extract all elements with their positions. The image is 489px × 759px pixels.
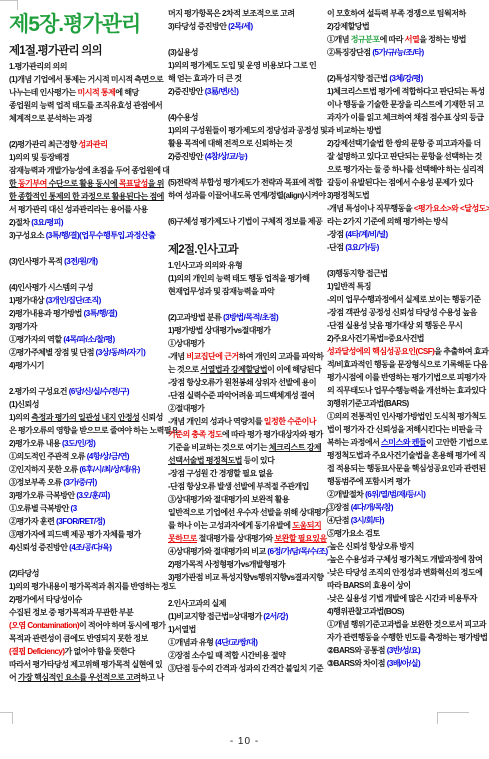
text-segment: 제2절.인사고과 (168, 244, 238, 256)
text-segment: (4참/상/교/능) (205, 152, 247, 161)
text-line: 어 가장 핵심적인 요소를 우선적으로 고려하고 나 (9, 671, 164, 684)
text-segment: 행동범주에 포함시켜 평가 (327, 477, 410, 486)
text-segment: 잘 설명하고 있다고 판단되는 문항을 선택하는 것 (327, 152, 482, 161)
text-line: ②BARS와 공통점 (3반/성/요) (327, 644, 485, 657)
text-segment: (3시/회/타) (351, 516, 384, 525)
section-heading: 제1절.평가관리 의의 (9, 42, 164, 60)
text-line: 를 하나 이는 고성과자에게 동기유발에 도움되지 (168, 519, 323, 532)
text-line (327, 254, 485, 267)
text-line: ③단점 등수의 간격과 성과의 간격간 불일치 기준 (168, 662, 323, 675)
text-segment: (3특/행/결) (84, 309, 117, 318)
text-segment: -의미 업무수행과정에서 실제로 보이는 행동기준 (327, 295, 481, 304)
text-segment: (2)특성지향 접근법 (327, 74, 389, 83)
text-segment: (3체/강/평) (389, 74, 422, 83)
text-segment: 3)행위기준고과법(BARS) (327, 399, 409, 408)
text-line: -낮은 실용성 기법 개발에 많은 시간과 비용투자 (327, 592, 485, 605)
text-segment: (3개인/집단/조직) (46, 296, 101, 305)
text-segment: (1)비교지향 접근법=상대평가 (168, 612, 263, 621)
text-segment: (6후/시/최/상/대/유) (80, 465, 140, 474)
text-segment: 법이 평가자 간 신뢰성을 저해시킨다는 비판을 극 (327, 425, 482, 434)
text-segment: 1)의의 평가제도 도입 및 운영 비용보다 그로 인 (168, 61, 316, 70)
text-segment: 에 따라 (380, 35, 405, 44)
text-segment: (2)타당성 (9, 569, 39, 578)
text-segment: 어 (9, 673, 18, 682)
text-line: 3)행위기준고과법(BARS) (327, 397, 485, 410)
text-line: ③BARS와 차이점 (3배/아/실) (327, 657, 485, 670)
text-line: ③장점 (4다/개/목/참) (327, 501, 485, 514)
text-segment: -단점 항상오류 발생 선발에 부적절 주관개입 (168, 482, 309, 491)
text-line (168, 33, 323, 46)
text-segment: (3전/원/개) (64, 257, 97, 266)
text-line: ①개념 정규분포에 따라 서열을 정하는 방법 (327, 33, 485, 46)
text-segment: -장점 항상오류가 원천봉쇄 상위자 선발에 용이 (168, 378, 316, 387)
text-segment: 3)평가자 (9, 322, 37, 331)
text-line: 적/비효과적인 행동을 문장형식으로 기록해둔 다음 (327, 358, 485, 371)
text-segment: 1)평가방법 상대평가vs절대평가 (168, 326, 270, 335)
text-segment: ③단점 등수의 간격과 성과의 간격간 불일치 기준 (168, 664, 323, 673)
text-line: 2)평가목적 사정형평가vs개발형평가 (168, 558, 323, 571)
text-line: 활용 목적에 대해 전적으로 신뢰하는 것 (168, 137, 323, 150)
text-segment: 이 고안한 기법으로 (426, 438, 487, 447)
text-line: 체계적으로 분석하는 과정 (9, 112, 164, 125)
text-line: 과자가 이를 읽고 체크하여 채점 점수표 상의 등급 (327, 111, 485, 124)
text-segment: -높은 신뢰성 항상오류 방지 (327, 542, 414, 551)
text-line: 행동범주에 포함시켜 평가 (327, 475, 485, 488)
text-line: (6)구체성 평가제도나 기법이 구체적 정보를 제공 (168, 215, 323, 228)
text-line: (1)신뢰성 (9, 398, 164, 411)
text-segment: 라는 2가지 기준에 의해 평가하는 방식 (327, 217, 448, 226)
text-line: 기준의 충족 정도에 따라 평가 평가대상자와 평가 (168, 428, 323, 441)
text-line: 법이 평가자 간 신뢰성을 저해시킨다는 비판을 극 (327, 423, 485, 436)
text-segment: ②개발절차 (327, 490, 365, 499)
text-line: 기준을 비교하는 것으로 여기는 체크리스트 강제 (168, 441, 323, 454)
text-segment: (1)신뢰성 (9, 400, 39, 409)
text-segment: 2)평가내용과 평가방법 (9, 309, 84, 318)
text-segment: 정규분포 (351, 35, 380, 44)
text-segment: (5가/규/능/조/타) (372, 48, 423, 57)
text-line: -개념 개인의 성과나 역량치를 일정한 수준이나 (168, 415, 323, 428)
text-segment: -단점 실력수준 파악어려움 피드백체계성 결여 (168, 391, 314, 400)
text-line: 평가시점에 이를 반영하는 평가기법으로 피평가자 (327, 371, 485, 384)
text-line: ②장점 소수일 때 적합 시간비용 절약 (168, 649, 323, 662)
text-line: (2)고과방법 분류 (3방법/목적/초점) (168, 311, 323, 324)
text-line: 따라 BARS의 효용이 상이 (327, 579, 485, 592)
text-segment: 1)체크리스트법 평가에 적합하다고 판단되는 특성 (327, 87, 485, 96)
text-line: 종업원의 능력 업적 태도를 조직유효성 관점에서 (9, 99, 164, 112)
text-line: -단점 실용성 낮음 평가대상 외 행동은 무시 (327, 319, 485, 332)
text-segment: 평정척도법과 주요사건기술법을 혼용해 평가에 직 (327, 451, 486, 460)
text-segment: 종업원의 능력 업적 태도를 조직유효성 관점에서 (9, 101, 162, 110)
text-line: (5)전략적 부합성 평가제도가 전략과 목표에 적합 (168, 176, 323, 189)
text-line: (2)타당성 (9, 567, 164, 580)
text-segment: 나누는데 인사평가는 (9, 88, 78, 97)
text-line: 과 비교하는 방법 (327, 124, 485, 137)
text-line: ①의의 전통적인 인사평가방법인 도식척 평가척도 (327, 410, 485, 423)
text-segment: (3특/행/결)(업무수행투입.과정산출 (46, 231, 156, 240)
text-line: 한 종합적인 통제의 한 과정으로 활용된다는 점에 (9, 190, 164, 203)
text-line: (1)비교지향 접근법=상대평가 (2서/강) (168, 610, 323, 623)
text-line: 3)타당성 증진방안 (2목/세) (168, 20, 323, 33)
text-line (168, 298, 323, 311)
text-segment: 보완할 필요있음 (274, 534, 326, 543)
text-line: ①개념과 유형 (4단/교/쌍/대) (168, 636, 323, 649)
text-line: -장점 객관성 공정성 신뢰성 타당성 수용성 높음 (327, 306, 485, 319)
frame-corner-mark (0, 712, 13, 724)
text-segment: ④상대평가와 절대평가의 비교 (168, 547, 267, 556)
text-segment: 의 직무태도나 업무수행능력을 개선하는 효과있다 (327, 386, 486, 395)
text-line: 2.평가의 구성요건 (6당/신/실/수/전/구) (9, 385, 164, 398)
text-line (168, 202, 323, 215)
text-segment: (3상/동/하/자기) (96, 348, 146, 357)
section-heading: 제2절.인사고과 (168, 241, 323, 259)
text-line: 접 적용되는 행동묘사문을 핵심성공요인과 관련된 (327, 462, 485, 475)
text-line: (4)인사평가 시스템의 구성 (9, 281, 164, 294)
text-segment: 2.인사고과의 실제 (168, 599, 226, 608)
text-segment: 과자가 이를 읽고 체크하여 채점 점수표 상의 등급 (327, 113, 484, 122)
text-segment: (3)인사평가 목적 (9, 257, 64, 266)
text-line: 자가 관련행동을 수행한 빈도를 측정하는 평가방법 (327, 631, 485, 644)
text-line: 2)평가에서 타당성이슈 (9, 593, 164, 606)
text-line: 4)행위관찰고과법(BOS) (327, 605, 485, 618)
text-segment: (4타/계/비/널) (345, 230, 387, 239)
text-line (9, 372, 164, 385)
text-segment: (2서/강) (263, 612, 287, 621)
text-segment: (4)인사평가 시스템의 구성 (9, 283, 93, 292)
text-segment: (4)수용성 (168, 113, 198, 122)
text-line: ①개념 행위기준고과법을 보완한 것으로서 피고과 (327, 618, 485, 631)
text-line: (3)실용성 (168, 46, 323, 59)
text-line: (오염 Contamination)이 적어야 하며 동시에 평가 (9, 619, 164, 632)
text-segment: -장점 객관성 공정성 신뢰성 타당성 수용성 높음 (327, 308, 477, 317)
text-line: ①오류별 극복방안 (3 (9, 502, 164, 515)
text-line: 3)평가관점 비교 특성지향vs행위지향vs결과지향 (168, 571, 323, 584)
text-line: 라는 2가지 기준에 의해 평가하는 방식 (327, 215, 485, 228)
text-segment: (4조/공/다/육) (69, 543, 111, 552)
text-segment: 자가 관련행동을 수행한 빈도를 측정하는 평가방법 (327, 633, 487, 642)
text-segment: ②절대평가 (168, 404, 204, 413)
text-segment: 수집된 정보 중 평가목적과 무관한 부분 (9, 608, 133, 617)
text-line: ④상대평가와 절대평가의 비교 (6정/가/담/목/수/조) (168, 545, 323, 558)
text-segment: 과 비교하는 방법 (327, 126, 381, 135)
text-segment: 접 적용되는 행동묘사문을 핵심성공요인과 관련된 (327, 464, 486, 473)
text-segment: 성과관리 (79, 140, 108, 149)
text-segment: ①오류별 극복방안 (9, 504, 71, 513)
text-line: -의미 업무수행과정에서 실제로 보이는 행동기준 (327, 293, 485, 306)
text-segment: 이 적어야 하며 동시에 평가 (79, 621, 165, 630)
text-line: ②절대평가 (168, 402, 323, 415)
text-segment: 일정한 수준이나 (264, 417, 316, 426)
text-segment: (1)개념 기업에서 통제는 거시적 미시적 측면으로 (9, 75, 163, 84)
text-line: 따라서 평가타당성 제고위해 평가목적 실현에 있 (9, 658, 164, 671)
text-line: 한 동기부여 수단으로 활용 동시에 목표달성을 위 (9, 177, 164, 190)
text-segment: ⑤평가요소 검토 (327, 529, 380, 538)
text-segment: 2)평가오류 내용 (9, 439, 62, 448)
text-segment: 에 따라 평가 평가대상자와 평가 (222, 430, 323, 439)
text-segment: ③상대평가와 절대평가의 보완적 활용 (168, 495, 289, 504)
text-segment: 4)신뢰성 증진방안 (9, 543, 69, 552)
text-segment: ③장점 (327, 503, 351, 512)
text-segment: 은 평가오류의 영향을 받으므로 줄여야 하는 노력필요 (9, 426, 178, 435)
text-segment: 3)평정척도법 (327, 191, 369, 200)
text-segment: 머지 평가항목은 2차적 보조적으로 고려 (168, 9, 295, 18)
text-line: -장점 항상오류가 원천봉쇄 상위자 선발에 용이 (168, 376, 323, 389)
text-segment: 이나 행동을 기술한 문장을 리스트에 기재한 뒤 고 (327, 100, 484, 109)
text-segment: ②인지하지 못한 오류 (9, 465, 80, 474)
text-line: 이나 행동을 기술한 문장을 리스트에 기재한 뒤 고 (327, 98, 485, 111)
text-line: 는 것으로 서열법과 강제할당법이 이에 해당된다 (168, 363, 323, 376)
text-segment: 목표달성 (119, 179, 148, 188)
text-segment: 활용 목적에 대해 전적으로 신뢰하는 것 (168, 139, 292, 148)
text-segment: ③BARS와 차이점 (327, 659, 387, 668)
text-segment: 서열법과 강제할당법 (200, 365, 267, 374)
text-segment: ②특징장단점 (327, 48, 372, 57)
text-line: 2)평가내용과 평가방법 (3특/행/결) (9, 307, 164, 320)
text-segment: 4)평가시기 (9, 361, 44, 370)
text-line: 1)의의 측정과 평가의 일관성 내지 안정성 신뢰성 (9, 411, 164, 424)
text-segment: 을 정하는 방법 (419, 35, 466, 44)
text-line: ②인지하지 못한 오류 (6후/시/최/상/대/유) (9, 463, 164, 476)
text-line: 1)의의 구성원들이 평가제도의 정당성과 공정성 및 (168, 124, 323, 137)
text-segment: (3요/가/등) (345, 243, 378, 252)
text-line: 1)체크리스트법 평가에 적합하다고 판단되는 특성 (327, 85, 485, 98)
text-line: ②특징장단점 (5가/규/능/조/타) (327, 46, 485, 59)
text-segment: 에 해당 (115, 88, 138, 97)
text-line: 1)의의 및 등장배경 (9, 151, 164, 164)
text-segment: (3)행동지향 접근법 (327, 269, 388, 278)
text-line: -높은 수용성과 구체성 평가척도 개발과정에 참여 (327, 553, 485, 566)
text-line: -단점 실력수준 파악어려움 피드백체계성 결여 (168, 389, 323, 402)
text-line: 선택서술법 평정척도법 등이 있다 (168, 454, 323, 467)
text-segment: (3배/아/실) (387, 659, 420, 668)
text-line (168, 228, 323, 241)
text-segment: 목적과 관련성이 큼에도 반영되지 못한 정보 (9, 634, 148, 643)
text-segment: 동기부여 (18, 179, 47, 188)
text-line: 못하므로 절대평가를 상대평가와 보완할 필요있음 (168, 532, 323, 545)
text-line: 수집된 정보 중 평가목적과 무관한 부분 (9, 606, 164, 619)
text-segment: 서열 (405, 35, 419, 44)
text-segment: (3요/평피) (31, 218, 63, 227)
text-segment: 한 종합적인 통제의 한 과정으로 활용된다는 점에 (9, 192, 164, 201)
text-segment: 2)주요사건기록법=중요사건법 (327, 334, 424, 343)
text-segment: (3 (71, 504, 77, 513)
text-line: 머지 평가항목은 2차적 보조적으로 고려 (168, 7, 323, 20)
text-segment: (오염 Contamination) (9, 621, 79, 630)
text-segment: -단점 실용성 낮음 평가대상 외 행동은 무시 (327, 321, 462, 330)
text-segment: ②장점 소수일 때 적합 시간비용 절약 (168, 651, 285, 660)
text-segment: 가 없어야 함을 뜻한다 (65, 647, 135, 656)
text-segment: 신뢰성 (139, 413, 162, 422)
text-segment: 수단으로 활용 동시에 (47, 179, 119, 188)
text-line: 3)평가오류 극복방안 (3오/훈/피) (9, 489, 164, 502)
text-segment: (결핍 Deficiency) (9, 647, 65, 656)
text-segment: 1)의의 (9, 413, 31, 422)
text-segment: 성과달성에의 핵심성공요인(CSF) (327, 347, 434, 356)
text-segment: (4단/교/쌍/대) (215, 638, 257, 647)
text-segment: 4)행위관찰고과법(BOS) (327, 607, 404, 616)
text-segment: 2.평가의 구성요건 (9, 387, 69, 396)
text-segment: -낮은 타당성 조직의 안정성과 변화혁신의 정도에 (327, 568, 482, 577)
text-segment: 1.인사고과 의의와 유형 (168, 261, 242, 270)
text-segment: (3반/성/요) (387, 646, 420, 655)
text-segment: ②평가자 훈련 (9, 517, 56, 526)
text-segment: 하여 성과를 이끌어내도록 연계/정렬(align)시켜야 (168, 191, 326, 200)
text-column-3: 이 모호하여 설득력 부족 경쟁으로 팀웍저하2)강제할당법①개념 정규분포에 … (327, 7, 485, 670)
text-line: 3)구성요소 (3특/행/결)(업무수행투입.과정산출 (9, 229, 164, 242)
text-line: 평정척도법과 주요사건기술법을 혼용해 평가에 직 (327, 449, 485, 462)
text-segment: (2목/세) (228, 22, 252, 31)
text-line: 2)절차 (3요/평피) (9, 216, 164, 229)
text-segment: 한 (9, 179, 18, 188)
text-segment: (6당/신/실/수/전/구) (69, 387, 129, 396)
text-segment: (4목/파/소/찰/평) (63, 335, 114, 344)
text-line (9, 242, 164, 255)
text-segment: 는 것으로 (168, 365, 200, 374)
text-line: 나누는데 인사평가는 미시적 통제에 해당 (9, 86, 164, 99)
text-line: 2)주요사건기록법=중요사건법 (327, 332, 485, 345)
text-line: -개념 비교집단에 근거하여 개인의 고과를 파악하 (168, 350, 323, 363)
text-segment: 1)의의 및 등장배경 (9, 153, 69, 162)
text-line: -장점 구성원 간 경쟁할 필요 없음 (168, 467, 323, 480)
text-segment: 평가시점에 이를 반영하는 평가기법으로 피평가자 (327, 373, 486, 382)
text-segment: 따라 BARS의 효용이 상이 (327, 581, 411, 590)
text-line: -단점 (3요/가/등) (327, 241, 485, 254)
text-segment: 제1절.평가관리 의의 (9, 45, 102, 57)
text-line: 2)증진방안 (3易/변/신) (168, 85, 323, 98)
text-segment: ③평가자에 피드백 제공 평가 자체를 평가 (9, 530, 141, 539)
text-segment: -높은 수용성과 구체성 평가척도 개발과정에 참여 (327, 555, 482, 564)
text-line: (결핍 Deficiency)가 없어야 함을 뜻한다 (9, 645, 164, 658)
text-line: 3)평가자 (9, 320, 164, 333)
text-line: 1)평가방법 상대평가vs절대평가 (168, 324, 323, 337)
text-segment: -낮은 실용성 기법 개발에 많은 시간과 비용투자 (327, 594, 477, 603)
text-line: 복하는 과정에서 스미스와 켄들이 고안한 기법으로 (327, 436, 485, 449)
text-line (9, 554, 164, 567)
text-segment: 미시적 통제 (78, 88, 116, 97)
text-line: 목적과 관련성이 큼에도 반영되지 못한 정보 (9, 632, 164, 645)
text-segment: 2)증진방안 (168, 152, 205, 161)
text-segment: 3)평가오류 극복방안 (9, 491, 76, 500)
text-line: 2)증진방안 (4참/상/교/능) (168, 150, 323, 163)
text-segment: 해 얻는 효과가 더 큰 것 (168, 74, 242, 83)
text-segment: 이 모호하여 설득력 부족 경쟁으로 팀웍저하 (327, 9, 466, 18)
text-line: ③평가자에 피드백 제공 평가 자체를 평가 (9, 528, 164, 541)
text-line: 1)서열법 (168, 623, 323, 636)
text-line: (2)특성지향 접근법 (3체/강/평) (327, 72, 485, 85)
text-line: 4)신뢰성 증진방안 (4조/공/다/육) (9, 541, 164, 554)
text-segment: -개념 개인의 성과나 역량치를 (168, 417, 264, 426)
text-line: (1)개념 기업에서 통제는 거시적 미시적 측면으로 (9, 73, 164, 86)
text-segment: <평가요소>와 <달성도> (414, 204, 489, 213)
text-segment: 기준을 비교하는 것으로 여기는 (168, 443, 269, 452)
text-segment: 가장 핵심적인 요소를 우선적으로 고려 (18, 673, 141, 682)
text-segment: ①의의 전통적인 인사평가방법인 도식척 평가척도 (327, 412, 486, 421)
text-column-1: 제1절.평가관리 의의1.평가관리의 의의(1)개념 기업에서 통제는 거시적 … (9, 42, 164, 684)
text-line: 2)강제할당법 (327, 20, 485, 33)
text-line: (1)의의 개인의 능력 태도 행동 업적을 평가해 (168, 272, 323, 285)
text-line: 1)평가대상 (3개인/집단/조직) (9, 294, 164, 307)
text-segment: 3)구성요소 (9, 231, 46, 240)
text-line: ⑤평가요소 검토 (327, 527, 485, 540)
text-segment: 을 위 (148, 179, 164, 188)
text-segment: ①평가자의 역할 (9, 335, 63, 344)
text-line: ③정보부족 오류 (3가/중/귀) (9, 476, 164, 489)
text-line: 서 평가관리 대신 성과관리라는 용어를 사용 (9, 203, 164, 216)
text-segment: 1)의의 구성원들이 평가제도의 정당성과 공정성 및 (168, 126, 327, 135)
text-line: ①평가자의 역할 (4목/파/소/찰/평) (9, 333, 164, 346)
text-line: -낮은 타당성 조직의 안정성과 변화혁신의 정도에 (327, 566, 485, 579)
text-segment: 측정과 평가의 일관성 내지 안정성 (31, 413, 139, 422)
text-segment: (3방법/목적/초점) (223, 313, 278, 322)
text-segment: (6위/열/범/재/등/시) (365, 490, 425, 499)
text-line: ②평가자 훈련 (3FOR/RET/정) (9, 515, 164, 528)
text-line: 잘 설명하고 있다고 판단되는 문항을 선택하는 것 (327, 150, 485, 163)
text-line: ②개발절차 (6위/열/범/재/등/시) (327, 488, 485, 501)
text-line: 2.인사고과의 실제 (168, 597, 323, 610)
text-segment: 절대평가를 상대평가와 (197, 534, 274, 543)
text-line (9, 125, 164, 138)
text-segment: ①상대평가 (168, 339, 204, 348)
text-segment: 선택서술법 평정척도법 (168, 456, 242, 465)
text-line: -단점 항상오류 발생 선발에 부적절 주관개입 (168, 480, 323, 493)
text-segment: (2)평가관리 최근경향 (9, 140, 79, 149)
text-line: 1)의의 평가제도 도입 및 운영 비용보다 그로 인 (168, 59, 323, 72)
text-segment: (6)구체성 평가제도나 기법이 구체적 정보를 제공 (168, 217, 322, 226)
frame-corner-mark (437, 712, 469, 724)
text-segment: 2)평가목적 사정형평가vs개발형평가 (168, 560, 285, 569)
text-line: -장점 (4타/계/비/널) (327, 228, 485, 241)
text-line: ②평가주체별 장점 및 단점 (3상/동/하/자기) (9, 346, 164, 359)
text-segment: (3가/중/귀) (63, 478, 96, 487)
text-line: 1)일반적 특징 (327, 280, 485, 293)
text-column-2: 머지 평가항목은 2차적 보조적으로 고려3)타당성 증진방안 (2목/세)(3… (168, 7, 323, 675)
text-segment: 복하는 과정에서 (327, 438, 381, 447)
text-line: 2)강제선택기술법 한 쌍의 문항 중 피고과자를 더 (327, 137, 485, 150)
text-segment: 1)일반적 특징 (327, 282, 371, 291)
text-line: 2)평가오류 내용 (3도/인/정) (9, 437, 164, 450)
text-line: ④단점 (3시/회/타) (327, 514, 485, 527)
text-segment: -단점 (327, 243, 345, 252)
text-segment: -개념 특성이나 직무행동을 (327, 204, 414, 213)
text-line: 은 평가오류의 영향을 받으므로 줄여야 하는 노력필요 (9, 424, 164, 437)
text-segment: 2)평가에서 타당성이슈 (9, 595, 82, 604)
text-segment: 를 하나 이는 고성과자에게 동기유발에 (168, 521, 292, 530)
text-line (327, 59, 485, 72)
document-page: 제5장.평가관리 제1절.평가관리 의의1.평가관리의 의의(1)개념 기업에서… (0, 0, 489, 759)
text-line: 3)평정척도법 (327, 189, 485, 202)
text-segment: ①개념과 유형 (168, 638, 215, 647)
text-segment: 하여 개인의 고과를 파악하 (239, 352, 324, 361)
text-segment: -장점 (327, 230, 345, 239)
text-segment: (4다/개/목/참) (351, 503, 393, 512)
text-line: ③상대평가와 절대평가의 보완적 활용 (168, 493, 323, 506)
text-segment: 3)타당성 증진방안 (168, 22, 228, 31)
text-line: 1.평가관리의 의의 (9, 60, 164, 73)
text-line: 1.인사고과 의의와 유형 (168, 259, 323, 272)
text-segment: 스미스와 켄들 (381, 438, 426, 447)
text-line: 의 직무태도나 업무수행능력을 개선하는 효과있다 (327, 384, 485, 397)
page-title: 제5장.평가관리 (9, 8, 140, 38)
text-segment: ①의도적인 주관적 오류 (9, 452, 87, 461)
text-segment: 을 추출하여 효과 (434, 347, 488, 356)
text-segment: 으로 평가자는 둘 중 하나를 선택해야 하는 심리적 (327, 165, 484, 174)
text-segment: 따라서 평가타당성 제고위해 평가목적 실현에 있 (9, 660, 162, 669)
text-line: 잠재능력과 개발가능성에 초점을 두어 종업원에 대 (9, 164, 164, 177)
text-segment: (1)의의 개인의 능력 태도 행동 업적을 평가해 (168, 274, 310, 283)
text-segment: -장점 구성원 간 경쟁할 필요 없음 (168, 469, 273, 478)
text-segment: (3易/변/신) (205, 87, 239, 96)
text-line: 해 얻는 효과가 더 큰 것 (168, 72, 323, 85)
page-number: - 10 - (0, 736, 489, 747)
